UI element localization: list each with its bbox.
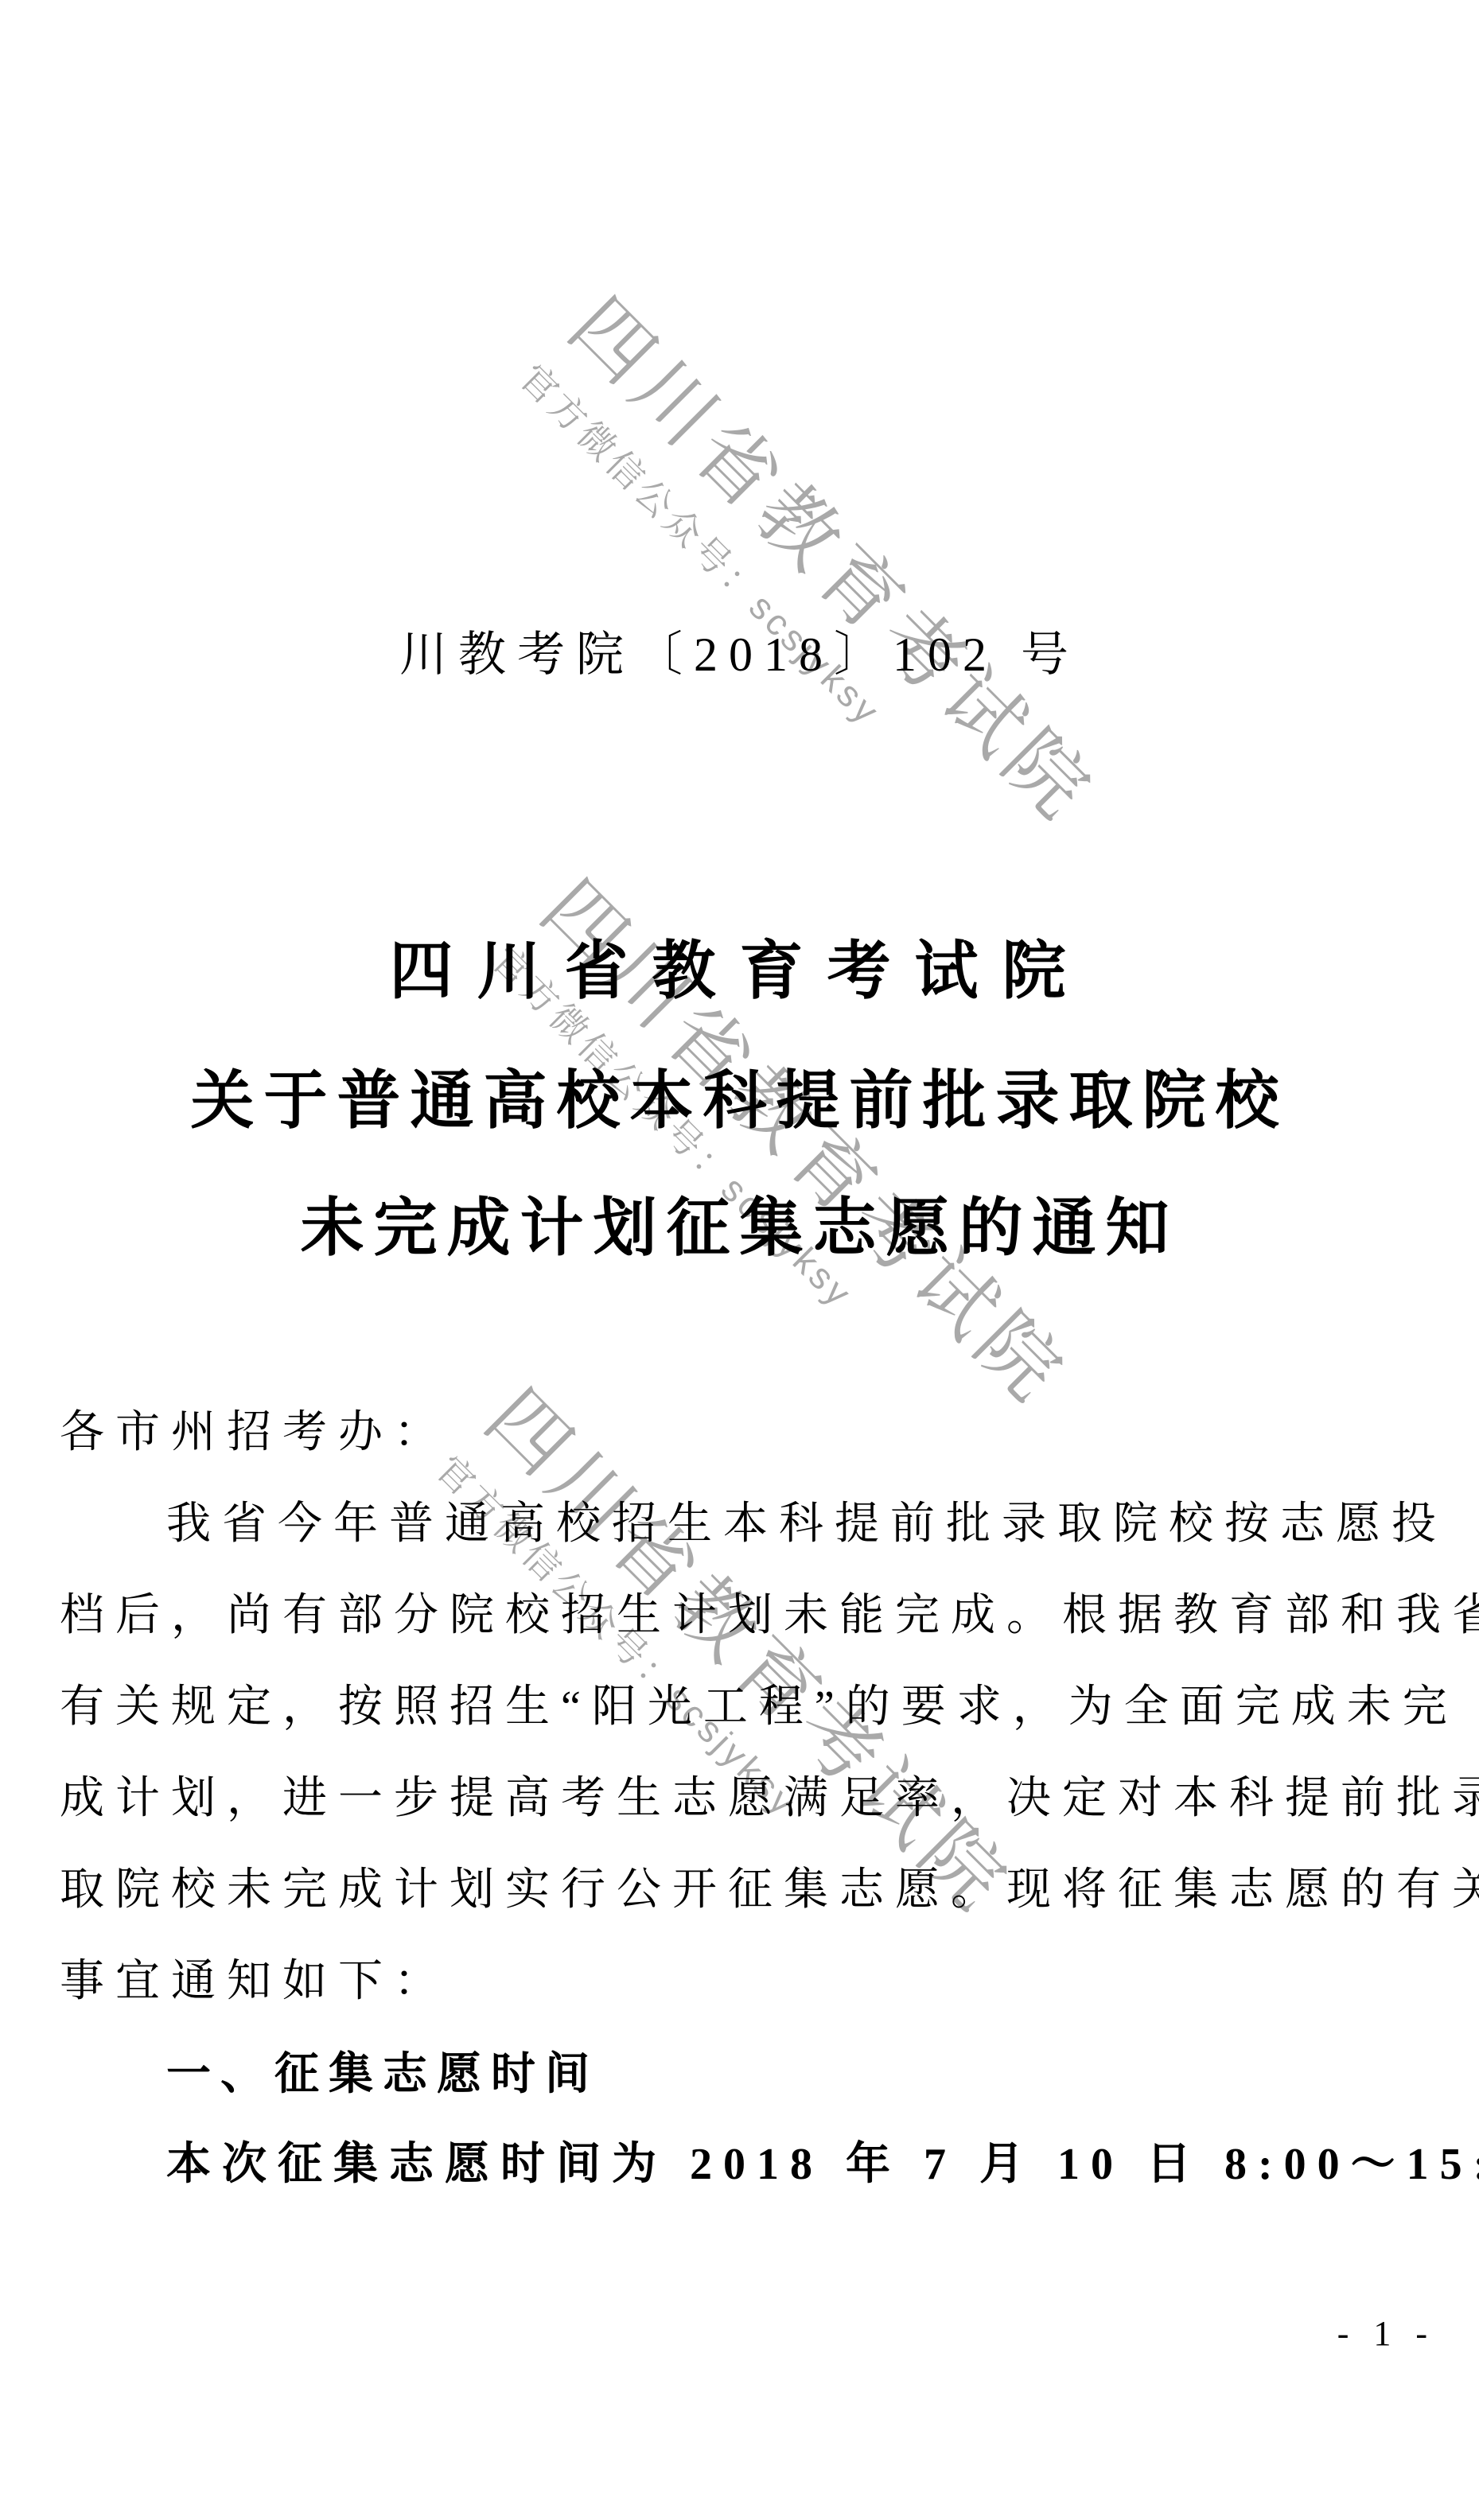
doc-number: 川教考院〔2018〕102 号 [0, 627, 1479, 682]
page-number: - 1 - [1337, 2313, 1435, 2355]
document-page: 四川省教育考试院 官方微信公众号：scsjyksy 四川省教育考试院 官方微信公… [0, 0, 1479, 2520]
watermark-small-text: 官方微信公众号：scsjyksy [514, 358, 1035, 879]
section-heading: 一、征集志愿时间 [60, 2028, 1425, 2119]
title-line-1: 四川省教育考试院 [0, 937, 1479, 1007]
body-text: 各市州招考办： 我省今年普通高校招生本科提前批录取院校按志愿投 档后，尚有部分院… [60, 1387, 1425, 2211]
body-line: 有关规定，按照招生“阳光工程”的要求，为全面完成未完 [60, 1662, 1425, 1753]
salutation: 各市州招考办： [60, 1387, 1425, 1479]
body-line: 档后，尚有部分院校招生计划未能完成。根据教育部和我省 [60, 1570, 1425, 1662]
body-line: 成计划，进一步提高考生志愿满足率，决定对本科提前批录 [60, 1753, 1425, 1845]
watermark-big-text: 四川省教育考试院 [556, 285, 1107, 836]
body-line: 取院校未完成计划实行公开征集志愿。现将征集志愿的有关 [60, 1845, 1425, 1936]
title-line-2: 关于普通高校本科提前批录取院校 [0, 1067, 1479, 1137]
watermark: 四川省教育考试院 官方微信公众号：scsjyksy [514, 285, 1108, 879]
title-line-3: 未完成计划征集志愿的通知 [0, 1194, 1479, 1264]
body-line: 事宜通知如下： [60, 1936, 1425, 2028]
section-body-line: 本次征集志愿时间为 2018 年 7 月 10 日 8:00～15:00。拟 [60, 2119, 1425, 2211]
body-line: 我省今年普通高校招生本科提前批录取院校按志愿投 [60, 1479, 1425, 1570]
